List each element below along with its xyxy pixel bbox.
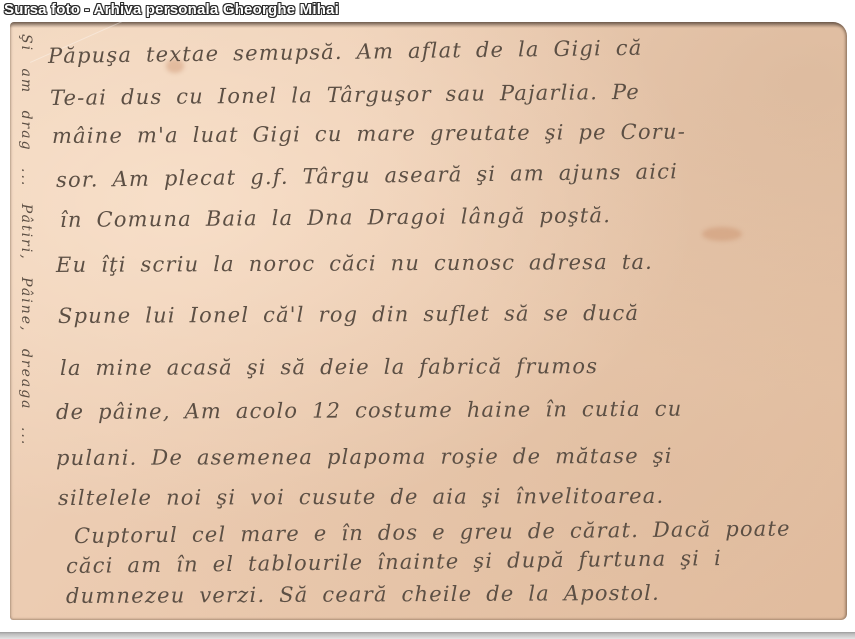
letter-line: dumnezeu verzi. Să ceară cheile de la Ap… (66, 581, 660, 608)
handwritten-postcard: Şi am drag ... Pâtiri, Pâine, dreaga ...… (10, 22, 847, 620)
letter-line: Te-ai dus cu Ionel la Târguşor sau Pajar… (50, 80, 640, 110)
letter-line: sor. Am plecat g.f. Târgu aseară şi am a… (56, 159, 678, 192)
letter-line: căci am în el tablourile înainte şi după… (66, 546, 722, 578)
letter-line: în Comuna Baia la Dna Dragoi lângă poştă… (60, 203, 611, 232)
margin-note-vertical: Şi am drag ... Pâtiri, Pâine, dreaga ... (12, 34, 34, 614)
letter-line: Spune lui Ionel că'l rog din suflet să s… (58, 301, 639, 328)
paper-stain (702, 227, 742, 241)
source-caption: Sursa foto - Arhiva personala Gheorghe M… (4, 1, 339, 18)
photo-frame: Sursa foto - Arhiva personala Gheorghe M… (0, 0, 855, 639)
bottom-border (0, 632, 855, 639)
letter-line: de pâine, Am acolo 12 costume haine în c… (56, 397, 683, 424)
letter-line: la mine acasă şi să deie la fabrică frum… (60, 354, 598, 380)
letter-line: Eu îţi scriu la noroc căci nu cunosc adr… (56, 250, 653, 277)
letter-line: pulani. De asemenea plapoma roşie de măt… (56, 444, 673, 470)
letter-line: Cuptorul cel mare e în dos e greu de căr… (74, 516, 791, 548)
letter-line: mâine m'a luat Gigi cu mare greutate şi … (52, 120, 686, 148)
letter-line: siltelele noi şi voi cusute de aia şi în… (58, 484, 664, 510)
letter-line: Păpuşa textae semupsă. Am aflat de la Gi… (48, 36, 643, 68)
